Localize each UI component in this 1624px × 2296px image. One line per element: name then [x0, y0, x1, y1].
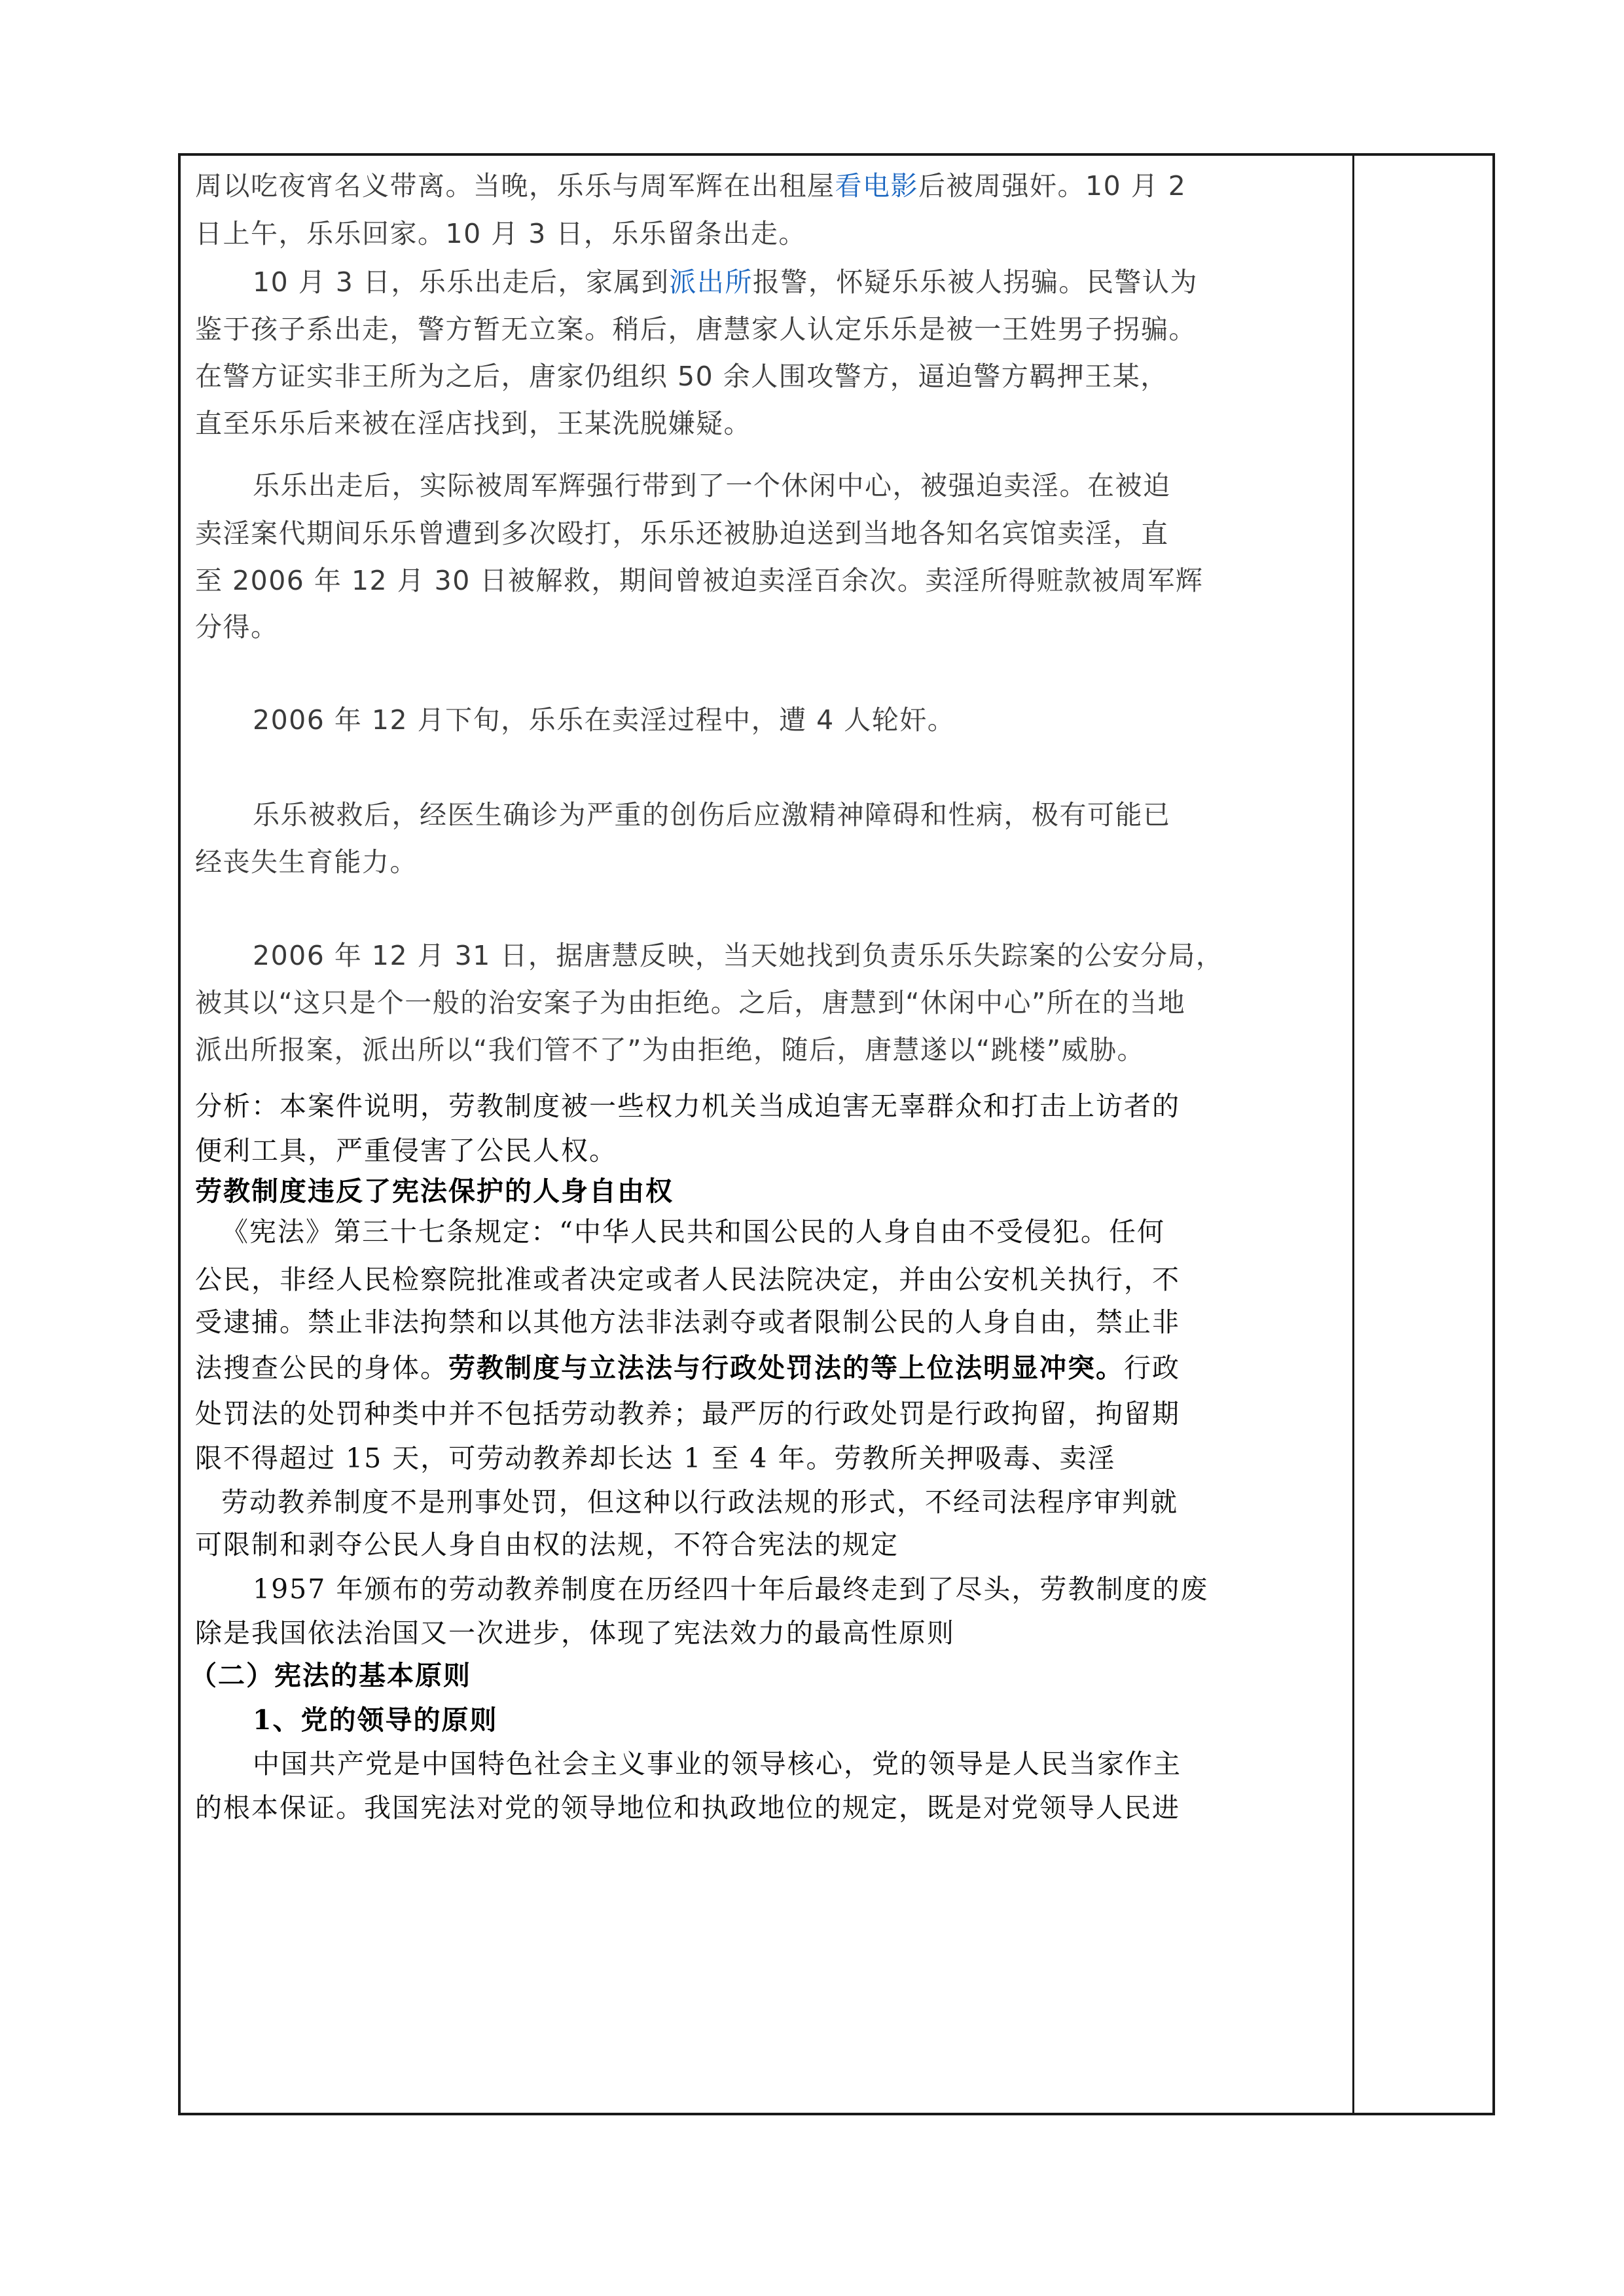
text-line: 限不得超过 15 天，可劳动教养却长达 1 至 4 年。劳教所关押吸毒、卖淫 — [195, 1439, 1116, 1478]
text-line: 经丧失生育能力。 — [195, 842, 418, 882]
text-line: 直至乐乐后来被在淫店找到，王某洗脱嫌疑。 — [195, 404, 751, 443]
text-line: 1957 年颁布的劳动教养制度在历经四十年后最终走到了尽头，劳教制度的废 — [253, 1570, 1208, 1609]
text-line: 鉴于孩子系出走，警方暂无立案。稍后，唐慧家人认定乐乐是被一王姓男子拐骗。 — [195, 310, 1197, 349]
text-line: 派出所报案，派出所以“我们管不了”为由拒绝，随后，唐慧遂以“跳楼”威胁。 — [195, 1030, 1145, 1069]
bold-statement: 劳教制度与立法法与行政处罚法的等上位法明显冲突。 — [448, 1352, 1124, 1384]
text-line: 除是我国依法治国又一次进步，体现了宪法效力的最高性原则 — [195, 1613, 955, 1653]
section-heading: （二）宪法的基本原则 — [190, 1656, 471, 1695]
text-segment: 报警，怀疑乐乐被人拐骗。民警认为 — [753, 266, 1198, 298]
text-line: 乐乐被救后，经医生确诊为严重的创伤后应激精神障碍和性病，极有可能已 — [253, 795, 1171, 834]
section-heading: 劳教制度违反了宪法保护的人身自由权 — [195, 1172, 674, 1211]
analysis-line: 分析：本案件说明，劳教制度被一些权力机关当成迫害无辜群众和打击上访者的 — [195, 1086, 1180, 1126]
text-line: 2006 年 12 月下旬，乐乐在卖淫过程中，遭 4 人轮奸。 — [253, 700, 955, 740]
text-segment: 10 月 3 日，乐乐出走后，家属到 — [253, 266, 669, 298]
link-police-station[interactable]: 派出所 — [669, 266, 753, 298]
text-line: 中国共产党是中国特色社会主义事业的领导核心，党的领导是人民当家作主 — [253, 1744, 1182, 1784]
text-line: 的根本保证。我国宪法对党的领导地位和执政地位的规定，既是对党领导人民进 — [195, 1788, 1180, 1827]
text-line: 分得。 — [195, 607, 279, 647]
table-column-divider — [1352, 153, 1354, 2115]
text-line: 公民，非经人民检察院批准或者决定或者人民法院决定，并由公安机关执行，不 — [195, 1260, 1180, 1299]
link-watch-movie[interactable]: 看电影 — [835, 170, 919, 202]
subsection-heading: 1、党的领导的原则 — [253, 1700, 498, 1740]
text-segment: 行政 — [1124, 1352, 1180, 1384]
text-line: 至 2006 年 12 月 30 日被解救，期间曾被迫卖淫百余次。卖淫所得赃款被… — [195, 561, 1203, 600]
text-line: 卖淫案代期间乐乐曾遭到多次殴打，乐乐还被胁迫送到当地各知名宾馆卖淫，直 — [195, 514, 1169, 553]
text-line: 在警方证实非王所为之后，唐家仍组织 50 余人围攻警方，逼迫警方羁押王某， — [195, 357, 1168, 396]
text-line: 10 月 3 日，乐乐出走后，家属到派出所报警，怀疑乐乐被人拐骗。民警认为 — [253, 262, 1198, 302]
text-line: 2006 年 12 月 31 日，据唐慧反映，当天她找到负责乐乐失踪案的公安分局… — [253, 936, 1223, 975]
text-line: 周以吃夜宵名义带离。当晚，乐乐与周军辉在出租屋看电影后被周强奸。10 月 2 — [195, 166, 1186, 206]
text-line: 劳动教养制度不是刑事处罚，但这种以行政法规的形式，不经司法程序审判就 — [221, 1482, 1178, 1522]
text-segment: 法搜查公民的身体。 — [195, 1352, 448, 1384]
analysis-line: 便利工具，严重侵害了公民人权。 — [195, 1131, 617, 1170]
text-line: 日上午，乐乐回家。10 月 3 日，乐乐留条出走。 — [195, 214, 806, 253]
text-segment: 后被周强奸。10 月 2 — [918, 170, 1186, 202]
text-line: 处罚法的处罚种类中并不包括劳动教养；最严厉的行政处罚是行政拘留，拘留期 — [195, 1394, 1180, 1433]
text-line: 受逮捕。禁止非法拘禁和以其他方法非法剥夺或者限制公民的人身自由，禁止非 — [195, 1302, 1180, 1342]
text-line: 法搜查公民的身体。劳教制度与立法法与行政处罚法的等上位法明显冲突。行政 — [195, 1348, 1180, 1388]
document-page: 周以吃夜宵名义带离。当晚，乐乐与周军辉在出租屋看电影后被周强奸。10 月 2 日… — [0, 0, 1624, 2296]
text-line: 《宪法》第三十七条规定：“中华人民共和国公民的人身自由不受侵犯。任何 — [221, 1212, 1165, 1251]
text-segment: 周以吃夜宵名义带离。当晚，乐乐与周军辉在出租屋 — [195, 170, 835, 202]
text-line: 乐乐出走后，实际被周军辉强行带到了一个休闲中心，被强迫卖淫。在被迫 — [253, 466, 1171, 505]
text-line: 可限制和剥夺公民人身自由权的法规，不符合宪法的规定 — [195, 1525, 899, 1564]
text-line: 被其以“这只是个一般的治安案子为由拒绝。之后，唐慧到“休闲中心”所在的当地 — [195, 983, 1185, 1022]
